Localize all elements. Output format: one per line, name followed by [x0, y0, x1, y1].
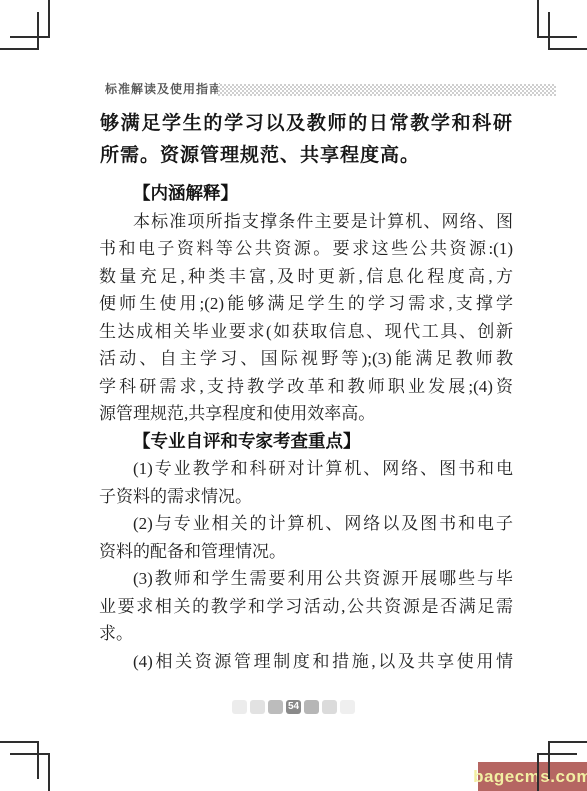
- pager-square: [340, 700, 355, 714]
- page-number-badge: 54: [286, 700, 301, 714]
- running-header-title: 标准解读及使用指南: [105, 82, 222, 96]
- body-line: 资料的配备和管理情况。: [99, 538, 513, 566]
- body-line: 学科研需求,支持教学改革和教师职业发展;(4)资: [99, 373, 513, 401]
- pager-square: [322, 700, 337, 714]
- body-line: 本标准项所指支撑条件主要是计算机、网络、图: [99, 208, 513, 236]
- body-line: (2)与专业相关的计算机、网络以及图书和电子: [99, 510, 513, 538]
- pager-square: [232, 700, 247, 714]
- page-number-ornament: 54: [0, 700, 587, 714]
- headline-line-1: 够满足学生的学习以及教师的日常教学和科研: [100, 108, 512, 140]
- corner-mark-top-left: [0, 0, 60, 60]
- book-page: 标准解读及使用指南 够满足学生的学习以及教师的日常教学和科研 所需。资源管理规范…: [0, 0, 587, 791]
- body-line: 业要求相关的教学和学习活动,公共资源是否满足需: [99, 593, 513, 621]
- body-line: 求。: [99, 620, 513, 648]
- body-line: 便师生使用;(2)能够满足学生的学习需求,支撑学: [99, 290, 513, 318]
- section-headline: 够满足学生的学习以及教师的日常教学和科研 所需。资源管理规范、共享程度高。: [100, 108, 512, 172]
- body-line: 数量充足,种类丰富,及时更新,信息化程度高,方: [99, 263, 513, 291]
- corner-mark-top-right: [527, 0, 587, 60]
- pager-square: [304, 700, 319, 714]
- watermark-text: bagecms.com: [473, 767, 587, 787]
- body-line: (3)教师和学生需要利用公共资源开展哪些与毕: [99, 565, 513, 593]
- body-line: 子资料的需求情况。: [99, 483, 513, 511]
- body-line: 书和电子资料等公共资源。要求这些公共资源:(1): [99, 235, 513, 263]
- body-line: 源管理规范,共享程度和使用效率高。: [99, 400, 513, 428]
- watermark-link[interactable]: bagecms.com: [478, 762, 587, 791]
- body-section-heading: 【专业自评和专家考查重点】: [99, 428, 513, 456]
- pager-square: [268, 700, 283, 714]
- page-number: 54: [288, 702, 299, 712]
- body-line: 生达成相关毕业要求(如获取信息、现代工具、创新: [99, 318, 513, 346]
- body-line: (4)相关资源管理制度和措施,以及共享使用情: [99, 648, 513, 676]
- header-hatch-divider: [218, 84, 556, 96]
- pager-square: [250, 700, 265, 714]
- corner-mark-bottom-left: [0, 731, 60, 791]
- headline-line-2: 所需。资源管理规范、共享程度高。: [100, 140, 512, 172]
- body-text: 【内涵解释】本标准项所指支撑条件主要是计算机、网络、图书和电子资料等公共资源。要…: [99, 180, 513, 675]
- body-line: 活动、自主学习、国际视野等);(3)能满足教师教: [99, 345, 513, 373]
- body-section-heading: 【内涵解释】: [99, 180, 513, 208]
- body-line: (1)专业教学和科研对计算机、网络、图书和电: [99, 455, 513, 483]
